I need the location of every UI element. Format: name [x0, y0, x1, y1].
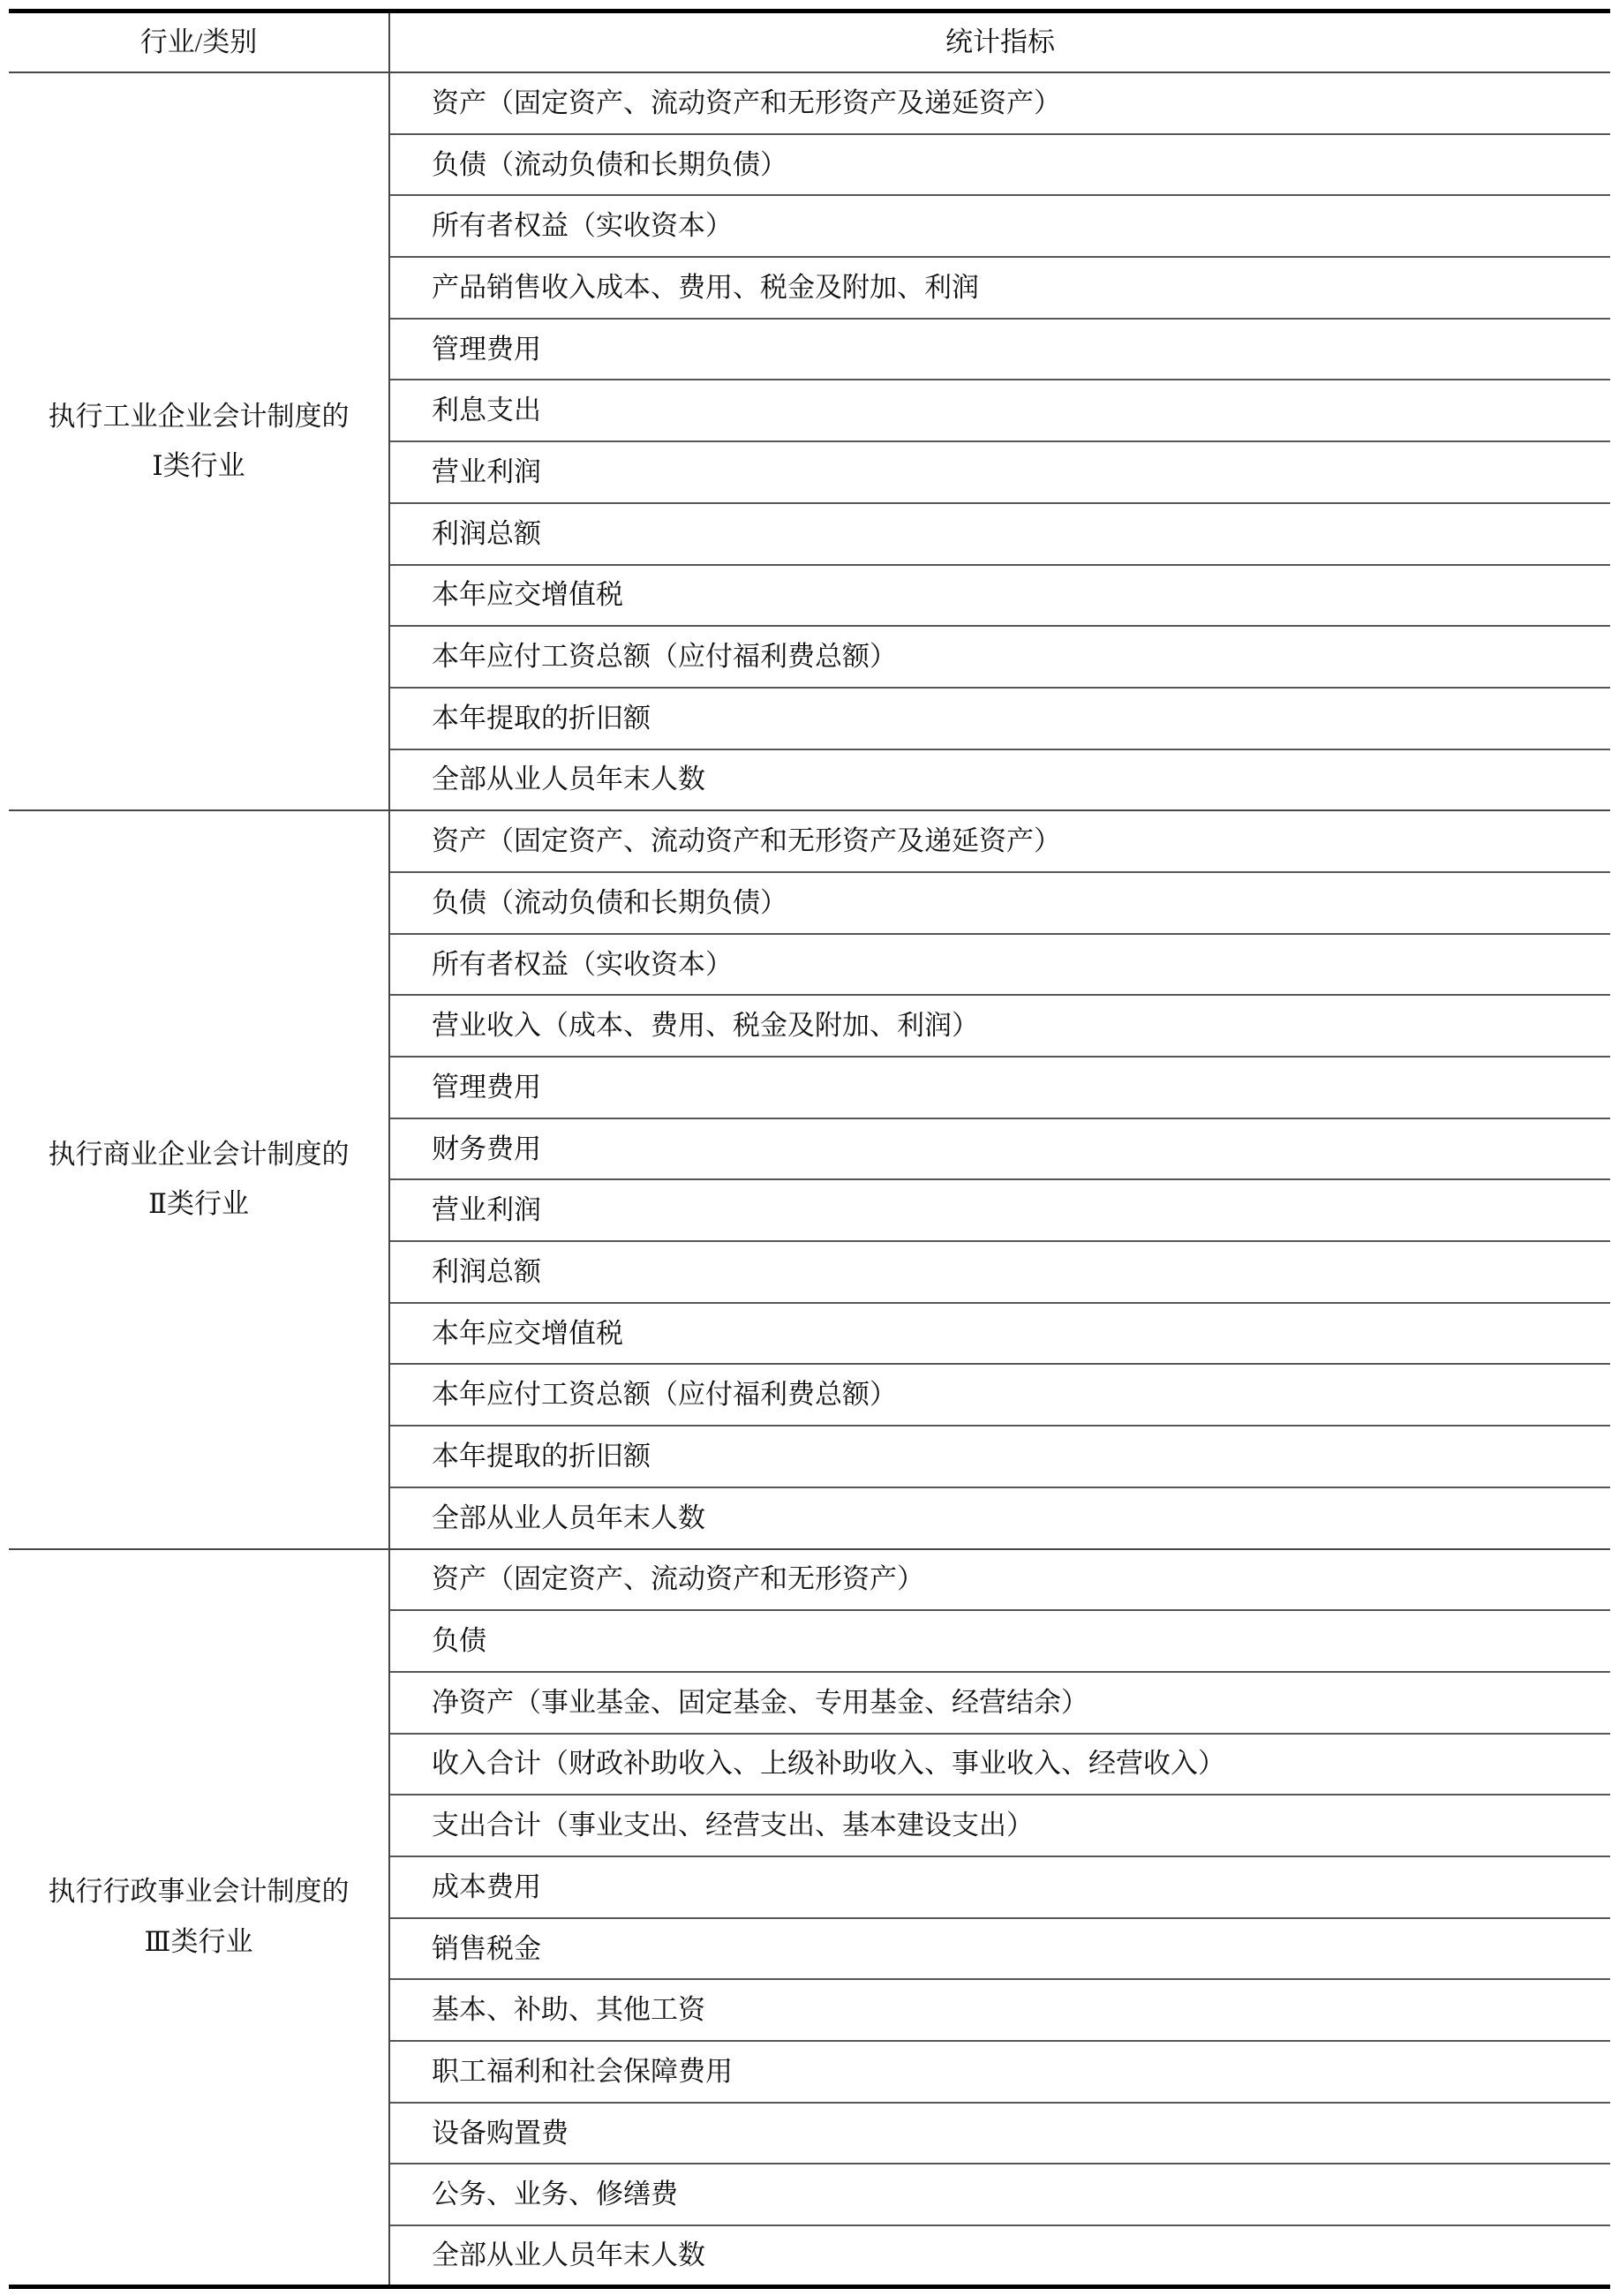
indicator-cell: 营业利润	[389, 441, 1610, 503]
indicator-cell: 销售税金	[389, 1918, 1610, 1980]
indicator-cell: 所有者权益（实收资本）	[389, 195, 1610, 257]
header-category: 行业/类别	[9, 11, 389, 73]
indicator-cell: 收入合计（财政补助收入、上级补助收入、事业收入、经营收入）	[389, 1734, 1610, 1795]
indicator-cell: 本年应付工资总额（应付福利费总额）	[389, 626, 1610, 688]
indicator-cell: 净资产（事业基金、固定基金、专用基金、经营结余）	[389, 1672, 1610, 1734]
indicator-cell: 管理费用	[389, 1057, 1610, 1118]
category-line1: 执行工业企业会计制度的	[10, 392, 388, 441]
indicator-cell: 资产（固定资产、流动资产和无形资产及递延资产）	[389, 72, 1610, 134]
table-row: 执行行政事业会计制度的 Ⅲ类行业 资产（固定资产、流动资产和无形资产）	[9, 1549, 1610, 1611]
indicator-cell: 利润总额	[389, 503, 1610, 565]
indicator-cell: 所有者权益（实收资本）	[389, 934, 1610, 996]
category-line2: Ⅱ类行业	[10, 1179, 388, 1229]
indicator-cell: 利息支出	[389, 380, 1610, 441]
indicator-cell: 管理费用	[389, 319, 1610, 380]
category-label-class1: 执行工业企业会计制度的 Ⅰ类行业	[9, 72, 389, 810]
indicator-cell: 本年应交增值税	[389, 565, 1610, 627]
category-label-class3: 执行行政事业会计制度的 Ⅲ类行业	[9, 1549, 389, 2287]
indicator-cell: 营业利润	[389, 1179, 1610, 1241]
table-row: 执行工业企业会计制度的 Ⅰ类行业 资产（固定资产、流动资产和无形资产及递延资产）	[9, 72, 1610, 134]
header-indicator: 统计指标	[389, 11, 1610, 73]
indicator-cell: 营业收入（成本、费用、税金及附加、利润）	[389, 995, 1610, 1057]
group-commerce-class2: 执行商业企业会计制度的 Ⅱ类行业 资产（固定资产、流动资产和无形资产及递延资产）…	[9, 810, 1610, 1548]
statistics-indicators-table: 行业/类别 统计指标 执行工业企业会计制度的 Ⅰ类行业 资产（固定资产、流动资产…	[9, 9, 1610, 2289]
indicator-cell: 全部从业人员年末人数	[389, 749, 1610, 811]
indicator-cell: 负债（流动负债和长期负债）	[389, 134, 1610, 196]
indicator-cell: 支出合计（事业支出、经营支出、基本建设支出）	[389, 1795, 1610, 1856]
header-row: 行业/类别 统计指标	[9, 11, 1610, 73]
category-line2: Ⅲ类行业	[10, 1917, 388, 1967]
indicator-cell: 全部从业人员年末人数	[389, 2225, 1610, 2287]
indicator-cell: 全部从业人员年末人数	[389, 1487, 1610, 1549]
indicator-cell: 本年应付工资总额（应付福利费总额）	[389, 1364, 1610, 1426]
indicator-cell: 设备购置费	[389, 2103, 1610, 2164]
category-line2: Ⅰ类行业	[10, 441, 388, 491]
group-industry-class1: 执行工业企业会计制度的 Ⅰ类行业 资产（固定资产、流动资产和无形资产及递延资产）…	[9, 72, 1610, 810]
category-line1: 执行行政事业会计制度的	[10, 1867, 388, 1916]
indicator-cell: 财务费用	[389, 1118, 1610, 1180]
category-label-class2: 执行商业企业会计制度的 Ⅱ类行业	[9, 810, 389, 1548]
indicator-cell: 公务、业务、修缮费	[389, 2164, 1610, 2225]
indicator-cell: 负债（流动负债和长期负债）	[389, 872, 1610, 934]
indicator-cell: 成本费用	[389, 1856, 1610, 1918]
indicator-cell: 基本、补助、其他工资	[389, 1979, 1610, 2041]
indicator-cell: 资产（固定资产、流动资产和无形资产及递延资产）	[389, 810, 1610, 872]
indicator-cell: 本年应交增值税	[389, 1303, 1610, 1365]
indicator-cell: 负债	[389, 1610, 1610, 1672]
table-row: 执行商业企业会计制度的 Ⅱ类行业 资产（固定资产、流动资产和无形资产及递延资产）	[9, 810, 1610, 872]
indicator-cell: 资产（固定资产、流动资产和无形资产）	[389, 1549, 1610, 1611]
indicator-cell: 产品销售收入成本、费用、税金及附加、利润	[389, 257, 1610, 319]
indicator-cell: 本年提取的折旧额	[389, 688, 1610, 749]
group-administrative-class3: 执行行政事业会计制度的 Ⅲ类行业 资产（固定资产、流动资产和无形资产） 负债 净…	[9, 1549, 1610, 2287]
category-line1: 执行商业企业会计制度的	[10, 1130, 388, 1179]
indicator-cell: 本年提取的折旧额	[389, 1426, 1610, 1487]
indicator-cell: 利润总额	[389, 1241, 1610, 1303]
indicator-cell: 职工福利和社会保障费用	[389, 2041, 1610, 2103]
